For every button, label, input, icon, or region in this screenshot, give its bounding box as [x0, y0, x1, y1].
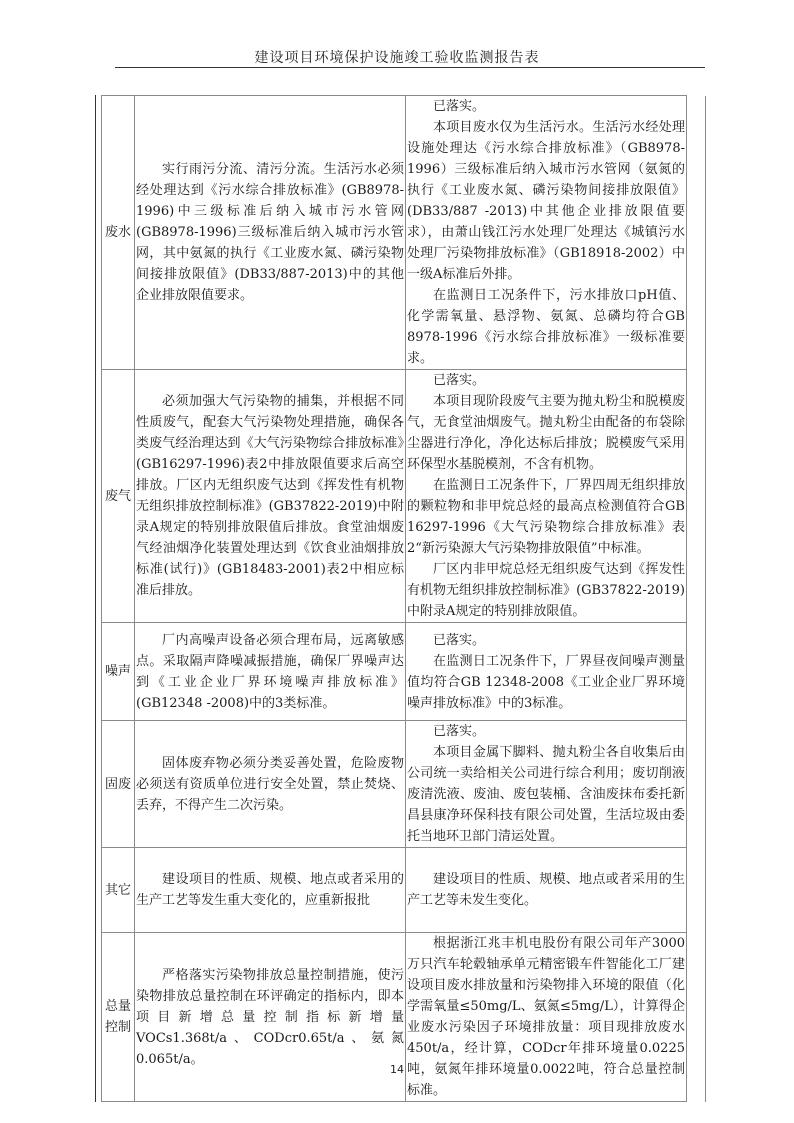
blank-cell	[687, 721, 706, 848]
header-rule	[115, 67, 705, 68]
requirement-cell: 实行雨污分流、清污分流。生活污水必须经处理达到《污水综合排放标准》(GB8978…	[135, 96, 406, 370]
table-row-noise: 噪声 厂内高噪声设备必须合理布局，远离敏感点。采取隔声降噪减振措施，确保厂界噪声…	[102, 623, 706, 721]
implementation-status: 已落实。	[407, 96, 685, 117]
table-row-total-control: 总量控制 严格落实污染物排放总量控制措施，使污染物排放总量控制在环评确定的指标内…	[102, 933, 706, 1102]
requirement-text: 固体废弃物必须分类妥善处置，危险废物必须送有资质单位进行安全处置，禁止焚烧、丢弃…	[136, 753, 404, 816]
requirement-cell: 严格落实污染物排放总量控制措施，使污染物排放总量控制在环评确定的指标内，即本项目…	[135, 933, 406, 1102]
blank-cell	[687, 933, 706, 1102]
table-row-solid-waste: 固废 固体废弃物必须分类妥善处置，危险废物必须送有资质单位进行安全处置，禁止焚烧…	[102, 721, 706, 848]
implementation-text: 在监测日工况条件下，厂界四周无组织排放的颗粒物和非甲烷总烃的最高点检测值符合GB…	[407, 475, 685, 559]
category-cell: 总量控制	[102, 933, 135, 1102]
acceptance-table: 废水 实行雨污分流、清污分流。生活污水必须经处理达到《污水综合排放标准》(GB8…	[95, 95, 701, 1102]
blank-cell	[687, 623, 706, 721]
implementation-status: 已落实。	[407, 630, 685, 651]
table-row-other: 其它 建设项目的性质、规模、地点或者采用的生产工艺等发生重大变化的，应重新报批 …	[102, 848, 706, 933]
implementation-cell: 已落实。 本项目现阶段废气主要为抛丸粉尘和脱模废气，无食堂油烟废气。抛丸粉尘由配…	[406, 370, 687, 623]
implementation-text: 本项目金属下脚料、抛丸粉尘各自收集后由公司统一卖给相关公司进行综合利用；废切削液…	[407, 742, 685, 847]
requirement-text: 必须加强大气污染物的捕集，并根据不同性质废气，配套大气污染物处理措施，确保各类废…	[136, 391, 404, 601]
implementation-text: 本项目现阶段废气主要为抛丸粉尘和脱模废气，无食堂油烟废气。抛丸粉尘由配备的布袋除…	[407, 391, 685, 475]
table-row-wastewater: 废水 实行雨污分流、清污分流。生活污水必须经处理达到《污水综合排放标准》(GB8…	[102, 96, 706, 370]
requirement-cell: 固体废弃物必须分类妥善处置，危险废物必须送有资质单位进行安全处置，禁止焚烧、丢弃…	[135, 721, 406, 848]
requirement-text: 厂内高噪声设备必须合理布局，远离敏感点。采取隔声降噪减振措施，确保厂界噪声达到《…	[136, 630, 404, 714]
blank-cell	[687, 848, 706, 933]
table-outer-border	[95, 95, 96, 1102]
blank-cell	[687, 370, 706, 623]
implementation-status: 已落实。	[407, 721, 685, 742]
implementation-text: 本项目废水仅为生活污水。生活污水经处理设施处理达《污水综合排放标准》（GB897…	[407, 117, 685, 285]
implementation-status: 已落实。	[407, 370, 685, 391]
requirement-cell: 建设项目的性质、规模、地点或者采用的生产工艺等发生重大变化的，应重新报批	[135, 848, 406, 933]
implementation-text: 在监测日工况条件下，厂界昼夜间噪声测量值均符合GB 12348-2008《工业企…	[407, 651, 685, 714]
implementation-cell: 根据浙江兆丰机电股份有限公司年产3000万只汽车轮毂轴承单元精密锻车件智能化工厂…	[406, 933, 687, 1102]
category-cell: 噪声	[102, 623, 135, 721]
category-cell: 其它	[102, 848, 135, 933]
requirement-text: 实行雨污分流、清污分流。生活污水必须经处理达到《污水综合排放标准》(GB8978…	[136, 159, 404, 306]
page-number: 14	[0, 1063, 794, 1076]
table-row-exhaust-gas: 废气 必须加强大气污染物的捕集，并根据不同性质废气，配套大气污染物处理措施，确保…	[102, 370, 706, 623]
category-cell: 废气	[102, 370, 135, 623]
requirement-cell: 厂内高噪声设备必须合理布局，远离敏感点。采取隔声降噪减振措施，确保厂界噪声达到《…	[135, 623, 406, 721]
category-cell: 固废	[102, 721, 135, 848]
implementation-cell: 已落实。 本项目废水仅为生活污水。生活污水经处理设施处理达《污水综合排放标准》（…	[406, 96, 687, 370]
document-header-title: 建设项目环境保护设施竣工验收监测报告表	[0, 47, 794, 67]
requirement-text: 建设项目的性质、规模、地点或者采用的生产工艺等发生重大变化的，应重新报批	[136, 869, 404, 911]
category-cell: 废水	[102, 96, 135, 370]
requirements-table: 废水 实行雨污分流、清污分流。生活污水必须经处理达到《污水综合排放标准》(GB8…	[101, 95, 706, 1102]
implementation-text: 建设项目的性质、规模、地点或者采用的生产工艺等未发生变化。	[407, 869, 685, 911]
requirement-text: 严格落实污染物排放总量控制措施，使污染物排放总量控制在环评确定的指标内，即本项目…	[136, 965, 404, 1070]
implementation-cell: 建设项目的性质、规模、地点或者采用的生产工艺等未发生变化。	[406, 848, 687, 933]
implementation-cell: 已落实。 在监测日工况条件下，厂界昼夜间噪声测量值均符合GB 12348-200…	[406, 623, 687, 721]
implementation-cell: 已落实。 本项目金属下脚料、抛丸粉尘各自收集后由公司统一卖给相关公司进行综合利用…	[406, 721, 687, 848]
requirement-cell: 必须加强大气污染物的捕集，并根据不同性质废气，配套大气污染物处理措施，确保各类废…	[135, 370, 406, 623]
implementation-text: 在监测日工况条件下，污水排放口pH值、化学需氧量、悬浮物、氨氮、总磷均符合GB …	[407, 285, 685, 369]
blank-cell	[687, 96, 706, 370]
implementation-text: 厂区内非甲烷总烃无组织废气达到《挥发性有机物无组织排放控制标准》(GB37822…	[407, 559, 685, 622]
